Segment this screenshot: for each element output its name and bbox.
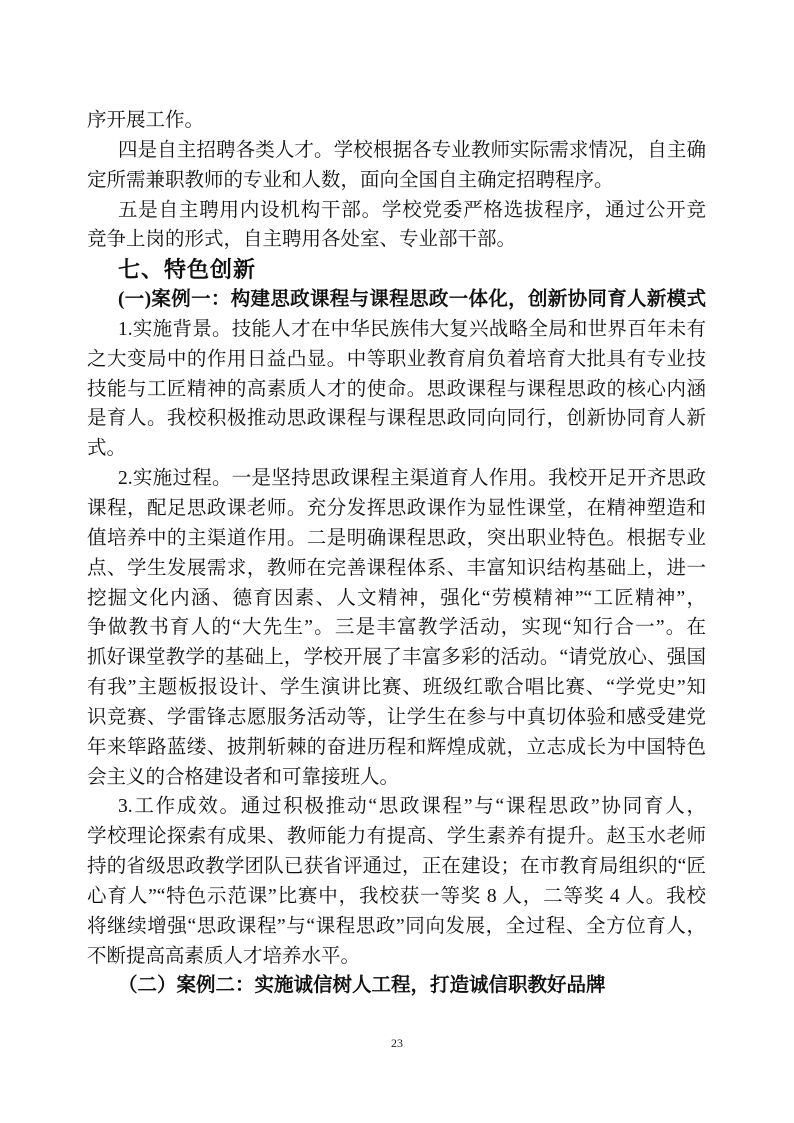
text-line: 定所需兼职教师的专业和人数，面向全国自主确定招聘程序。 — [87, 166, 706, 196]
text-line: 四是自主招聘各类人才。学校根据各专业教师实际需求情况，自主确 — [87, 136, 706, 166]
text-line: 课程，配足思政课老师。充分发挥思政课作为显性课堂，在精神塑造和价 — [87, 494, 706, 524]
text-line: 3.工作成效。通过积极推动“思政课程”与“课程思政”协同育人， — [87, 792, 706, 822]
text-line: 点、学生发展需求，教师在完善课程体系、丰富知识结构基础上，进一步 — [87, 554, 706, 584]
text-line: 式。 — [87, 434, 706, 464]
text-line: 是育人。我校积极推动思政课程与课程思政同向同行，创新协同育人新模 — [87, 404, 706, 434]
text-line: 心育人”“特色示范课”比赛中，我校获一等奖 8 人，二等奖 4 人。我校 — [87, 882, 706, 912]
text-line: 将继续增强“思政课程”与“课程思政”同向发展，全过程、全方位育人， — [87, 912, 706, 942]
text-line: 2.实施过程。一是坚持思政课程主渠道育人作用。我校开足开齐思政 — [87, 464, 706, 494]
text-line: 1.实施背景。技能人才在中华民族伟大复兴战略全局和世界百年未有 — [87, 315, 706, 345]
text-line: 技能与工匠精神的高素质人才的使命。思政课程与课程思政的核心内涵都 — [87, 375, 706, 405]
page-number: 23 — [0, 1036, 794, 1051]
text-line: 不断提高高素质人才培养水平。 — [87, 942, 706, 972]
text-line: 学校理论探索有成果、教师能力有提高、学生素养有提升。赵玉水老师主 — [87, 822, 706, 852]
text-line: 挖掘文化内涵、德育因素、人文精神，强化“劳模精神”“工匠精神”， — [87, 584, 706, 614]
case-heading-2: （二）案例二：实施诚信树人工程，打造诚信职教好品牌 — [87, 971, 706, 1001]
text-line: 争做教书育人的“大先生”。三是丰富教学活动，实现“知行合一”。在 — [87, 613, 706, 643]
document-page: 序开展工作。 四是自主招聘各类人才。学校根据各专业教师实际需求情况，自主确 定所… — [0, 0, 794, 1123]
document-body: 序开展工作。 四是自主招聘各类人才。学校根据各专业教师实际需求情况，自主确 定所… — [87, 106, 706, 1001]
case-heading-1: (一)案例一：构建思政课程与课程思政一体化，创新协同育人新模式 — [87, 285, 706, 315]
text-line: 抓好课堂教学的基础上，学校开展了丰富多彩的活动。“请党放心、强国 — [87, 643, 706, 673]
text-line: 有我”主题板报设计、学生演讲比赛、班级红歌合唱比赛、“学党史”知 — [87, 673, 706, 703]
text-line: 竞争上岗的形式，自主聘用各处室、专业部干部。 — [87, 225, 706, 255]
text-line: 之大变局中的作用日益凸显。中等职业教育肩负着培育大批具有专业技术 — [87, 345, 706, 375]
text-line: 序开展工作。 — [87, 106, 706, 136]
text-line: 五是自主聘用内设机构干部。学校党委严格选拔程序，通过公开竞聘， — [87, 196, 706, 226]
text-line: 年来筚路蓝缕、披荆斩棘的奋进历程和辉煌成就，立志成长为中国特色社 — [87, 733, 706, 763]
section-heading: 七、特色创新 — [87, 255, 706, 285]
text-line: 值培养中的主渠道作用。二是明确课程思政，突出职业特色。根据专业特 — [87, 524, 706, 554]
text-line: 持的省级思政教学团队已获省评通过，正在建设；在市教育局组织的“匠 — [87, 852, 706, 882]
text-line: 识竞赛、学雷锋志愿服务活动等，让学生在参与中真切体验和感受建党百 — [87, 703, 706, 733]
text-line: 会主义的合格建设者和可靠接班人。 — [87, 763, 706, 793]
